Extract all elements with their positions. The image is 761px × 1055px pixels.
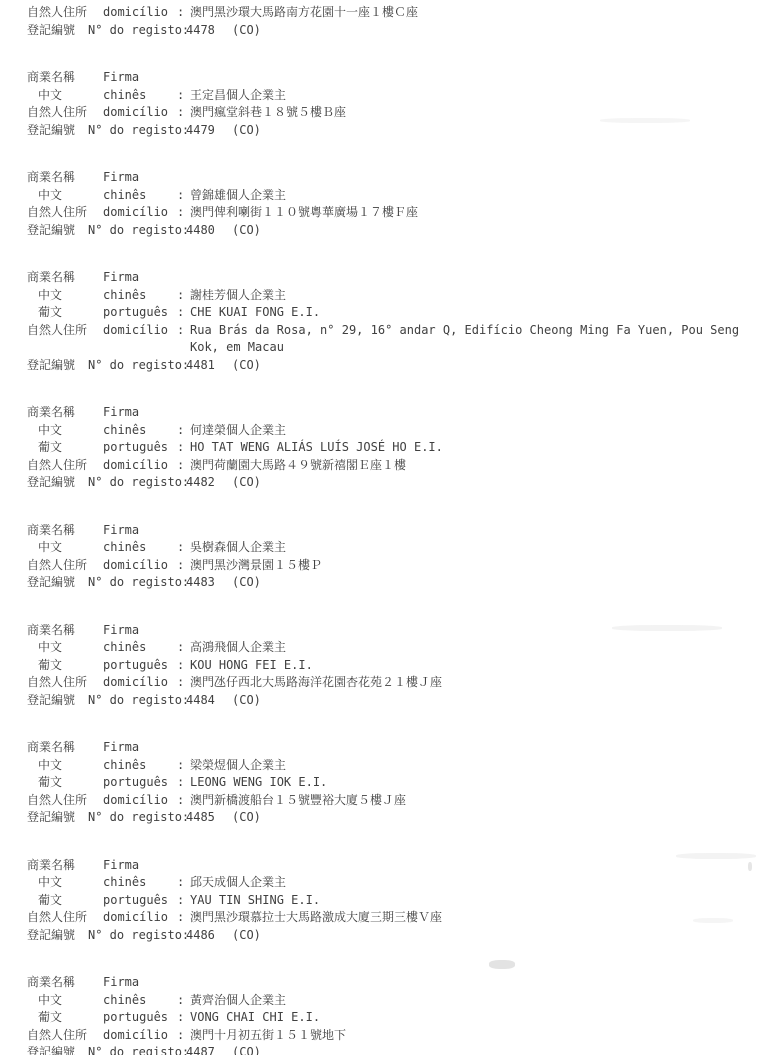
registration-record: 自然人住所domicílio:澳門黑沙環大馬路南方花園十一座１樓Ｃ座 登記編號N… [27,4,761,39]
registration-record: 商業名稱Firma 中文chinês:曾錦雄個人企業主 自然人住所domicíl… [27,169,761,239]
separator-colon: : [177,87,190,105]
domicile-label-pt: domicílio [103,674,177,692]
domicile-value: 澳門新橋渡船台１５號豐裕大廈５樓Ｊ座 [190,792,406,810]
portuguese-label-zh: 葡文 [27,774,103,792]
registry-suffix: (CO) [232,357,261,375]
registry-label-zh: 登記編號 [27,574,88,592]
domicile-label-pt: domicílio [103,104,177,122]
separator-colon: : [177,992,190,1010]
portuguese-label-pt: português [103,774,177,792]
separator-colon: : [177,439,190,457]
chinese-name-value: 曾錦雄個人企業主 [190,187,286,205]
domicile-value: 澳門瘋堂斜巷１８號５樓Ｂ座 [190,104,346,122]
separator-colon: : [177,539,190,557]
domicile-row: 自然人住所domicílio:澳門俾利喇街１１０號粵華廣場１７樓Ｆ座 [27,204,761,222]
firm-header-row: 商業名稱Firma [27,69,761,87]
domicile-row: 自然人住所domicílio:澳門瘋堂斜巷１８號５樓Ｂ座 [27,104,761,122]
registry-label-zh: 登記編號 [27,222,88,240]
domicile-label-zh: 自然人住所 [27,104,103,122]
firm-label-zh: 商業名稱 [27,857,103,875]
chinese-name-row: 中文chinês:黃齊治個人企業主 [27,992,761,1010]
registry-label-pt: N° do registo: [88,474,186,492]
firm-label-pt: Firma [103,857,177,875]
portuguese-name-row: 葡文português:HO TAT WENG ALIÁS LUÍS JOSÉ … [27,439,761,457]
domicile-label-zh: 自然人住所 [27,674,103,692]
separator-colon: : [177,204,190,222]
portuguese-name-value: VONG CHAI CHI E.I. [190,1009,320,1027]
chinese-name-value: 王定昌個人企業主 [190,87,286,105]
registry-label-pt: N° do registo: [88,927,186,945]
firm-label-pt: Firma [103,974,177,992]
registry-number: 4479 [186,122,232,140]
registry-number: 4485 [186,809,232,827]
gazette-registration-page: 自然人住所domicílio:澳門黑沙環大馬路南方花園十一座１樓Ｃ座 登記編號N… [0,0,761,1055]
registry-suffix: (CO) [232,692,261,710]
separator-colon: : [177,909,190,927]
separator-colon: : [177,674,190,692]
firm-header-row: 商業名稱Firma [27,522,761,540]
registry-number: 4487 [186,1044,232,1055]
portuguese-label-zh: 葡文 [27,439,103,457]
firm-label-pt: Firma [103,404,177,422]
registry-suffix: (CO) [232,927,261,945]
registry-number: 4483 [186,574,232,592]
chinese-name-row: 中文chinês:何達榮個人企業主 [27,422,761,440]
domicile-label-pt: domicílio [103,557,177,575]
portuguese-label-pt: português [103,304,177,322]
chinese-label-pt: chinês [103,639,177,657]
domicile-label-pt: domicílio [103,457,177,475]
domicile-row: 自然人住所domicílio:澳門黑沙環慕拉士大馬路激成大廈三期三樓Ｖ座 [27,909,761,927]
domicile-row: 自然人住所domicílio:澳門新橋渡船台１５號豐裕大廈５樓Ｊ座 [27,792,761,810]
portuguese-name-row: 葡文português:LEONG WENG IOK E.I. [27,774,761,792]
domicile-row: 自然人住所domicílio:澳門黑沙灣景園１５樓Ｐ [27,557,761,575]
chinese-label-zh: 中文 [27,539,103,557]
registry-row: 登記編號N° do registo:4481(CO) [27,357,761,375]
registry-label-pt: N° do registo: [88,1044,186,1055]
domicile-value: 澳門氹仔西北大馬路海洋花園杏花苑２１樓Ｊ座 [190,674,442,692]
separator-colon: : [177,457,190,475]
separator-colon: : [177,874,190,892]
domicile-label-pt: domicílio [103,792,177,810]
registration-record: 商業名稱Firma 中文chinês:何達榮個人企業主 葡文português:… [27,404,761,492]
portuguese-name-value: LEONG WENG IOK E.I. [190,774,327,792]
firm-label-zh: 商業名稱 [27,69,103,87]
firm-header-row: 商業名稱Firma [27,857,761,875]
registry-label-zh: 登記編號 [27,809,88,827]
chinese-name-value: 高鴻飛個人企業主 [190,639,286,657]
registry-suffix: (CO) [232,574,261,592]
chinese-label-zh: 中文 [27,422,103,440]
registry-row: 登記編號N° do registo:4487(CO) [27,1044,761,1055]
chinese-label-pt: chinês [103,422,177,440]
registry-number: 4486 [186,927,232,945]
chinese-name-value: 吳樹森個人企業主 [190,539,286,557]
domicile-label-zh: 自然人住所 [27,204,103,222]
registry-label-pt: N° do registo: [88,809,186,827]
firm-label-zh: 商業名稱 [27,404,103,422]
portuguese-name-value: CHE KUAI FONG E.I. [190,304,320,322]
chinese-label-zh: 中文 [27,87,103,105]
registration-record: 商業名稱Firma 中文chinês:邱天成個人企業主 葡文português:… [27,857,761,945]
domicile-row: 自然人住所domicílio:Rua Brás da Rosa, n° 29, … [27,322,761,340]
registry-row: 登記編號N° do registo:4484(CO) [27,692,761,710]
chinese-label-zh: 中文 [27,874,103,892]
separator-colon: : [177,557,190,575]
separator-colon: : [177,757,190,775]
registry-row: 登記編號N° do registo:4479(CO) [27,122,761,140]
domicile-value: 澳門十月初五街１５１號地下 [190,1027,346,1045]
chinese-name-value: 梁榮煜個人企業主 [190,757,286,775]
portuguese-name-row: 葡文português:CHE KUAI FONG E.I. [27,304,761,322]
registration-record: 商業名稱Firma 中文chinês:謝桂芳個人企業主 葡文português:… [27,269,761,374]
domicile-label-pt: domicílio [103,322,177,340]
registry-row: 登記編號N° do registo:4486(CO) [27,927,761,945]
chinese-label-pt: chinês [103,874,177,892]
separator-colon: : [177,287,190,305]
firm-label-zh: 商業名稱 [27,522,103,540]
registry-row: 登記編號N° do registo:4482(CO) [27,474,761,492]
portuguese-name-row: 葡文português:VONG CHAI CHI E.I. [27,1009,761,1027]
firm-label-zh: 商業名稱 [27,622,103,640]
separator-colon: : [177,639,190,657]
domicile-label-zh: 自然人住所 [27,322,103,340]
registry-label-zh: 登記編號 [27,474,88,492]
registry-label-pt: N° do registo: [88,357,186,375]
portuguese-label-pt: português [103,657,177,675]
registry-label-pt: N° do registo: [88,574,186,592]
chinese-name-value: 謝桂芳個人企業主 [190,287,286,305]
domicile-label-zh: 自然人住所 [27,909,103,927]
domicile-row: 自然人住所domicílio:澳門黑沙環大馬路南方花園十一座１樓Ｃ座 [27,4,761,22]
firm-label-pt: Firma [103,69,177,87]
firm-header-row: 商業名稱Firma [27,169,761,187]
domicile-value-line2: Kok, em Macau [190,339,284,357]
separator-colon: : [177,892,190,910]
portuguese-name-value: KOU HONG FEI E.I. [190,657,313,675]
portuguese-name-row: 葡文português:KOU HONG FEI E.I. [27,657,761,675]
domicile-wrap-row: Kok, em Macau [27,339,761,357]
firm-header-row: 商業名稱Firma [27,622,761,640]
scan-artifact [489,960,515,969]
registry-number: 4480 [186,222,232,240]
domicile-label-pt: domicílio [103,1027,177,1045]
firm-label-pt: Firma [103,739,177,757]
firm-label-zh: 商業名稱 [27,974,103,992]
portuguese-label-zh: 葡文 [27,657,103,675]
chinese-label-zh: 中文 [27,757,103,775]
chinese-name-value: 何達榮個人企業主 [190,422,286,440]
registry-label-zh: 登記編號 [27,1044,88,1055]
domicile-label-pt: domicílio [103,909,177,927]
domicile-value: 澳門黑沙環慕拉士大馬路激成大廈三期三樓Ｖ座 [190,909,442,927]
chinese-name-row: 中文chinês:高鴻飛個人企業主 [27,639,761,657]
domicile-value: 澳門荷蘭園大馬路４９號新禧閣Ｅ座１樓 [190,457,406,475]
firm-label-pt: Firma [103,622,177,640]
registry-number: 4484 [186,692,232,710]
separator-colon: : [177,1009,190,1027]
registration-record: 商業名稱Firma 中文chinês:吳樹森個人企業主 自然人住所domicíl… [27,522,761,592]
firm-label-zh: 商業名稱 [27,269,103,287]
chinese-label-zh: 中文 [27,992,103,1010]
separator-colon: : [177,774,190,792]
chinese-name-value: 邱天成個人企業主 [190,874,286,892]
registry-row: 登記編號N° do registo:4483(CO) [27,574,761,592]
firm-label-pt: Firma [103,169,177,187]
firm-header-row: 商業名稱Firma [27,739,761,757]
domicile-label-zh: 自然人住所 [27,557,103,575]
registry-label-zh: 登記編號 [27,692,88,710]
separator-colon: : [177,4,190,22]
firm-label-pt: Firma [103,522,177,540]
firm-header-row: 商業名稱Firma [27,269,761,287]
registry-suffix: (CO) [232,1044,261,1055]
portuguese-label-pt: português [103,439,177,457]
domicile-value: 澳門黑沙環大馬路南方花園十一座１樓Ｃ座 [190,4,418,22]
domicile-value: 澳門俾利喇街１１０號粵華廣場１７樓Ｆ座 [190,204,418,222]
portuguese-label-zh: 葡文 [27,304,103,322]
separator-colon: : [177,322,190,340]
firm-header-row: 商業名稱Firma [27,974,761,992]
domicile-row: 自然人住所domicílio:澳門氹仔西北大馬路海洋花園杏花苑２１樓Ｊ座 [27,674,761,692]
registration-record: 商業名稱Firma 中文chinês:黃齊治個人企業主 葡文português:… [27,974,761,1055]
chinese-label-pt: chinês [103,757,177,775]
chinese-name-row: 中文chinês:曾錦雄個人企業主 [27,187,761,205]
firm-label-zh: 商業名稱 [27,739,103,757]
firm-header-row: 商業名稱Firma [27,404,761,422]
registry-label-pt: N° do registo: [88,22,186,40]
domicile-label-zh: 自然人住所 [27,792,103,810]
portuguese-label-pt: português [103,892,177,910]
chinese-label-pt: chinês [103,539,177,557]
registry-label-zh: 登記編號 [27,927,88,945]
firm-label-pt: Firma [103,269,177,287]
registration-record: 商業名稱Firma 中文chinês:王定昌個人企業主 自然人住所domicíl… [27,69,761,139]
chinese-name-row: 中文chinês:邱天成個人企業主 [27,874,761,892]
portuguese-label-zh: 葡文 [27,892,103,910]
registry-label-pt: N° do registo: [88,122,186,140]
domicile-row: 自然人住所domicílio:澳門十月初五街１５１號地下 [27,1027,761,1045]
chinese-label-pt: chinês [103,287,177,305]
domicile-label-zh: 自然人住所 [27,4,103,22]
separator-colon: : [177,304,190,322]
chinese-label-zh: 中文 [27,639,103,657]
chinese-label-pt: chinês [103,87,177,105]
portuguese-label-zh: 葡文 [27,1009,103,1027]
registry-row: 登記編號N° do registo:4480(CO) [27,222,761,240]
chinese-name-row: 中文chinês:王定昌個人企業主 [27,87,761,105]
registry-number: 4478 [186,22,232,40]
chinese-name-value: 黃齊治個人企業主 [190,992,286,1010]
separator-colon: : [177,187,190,205]
registry-suffix: (CO) [232,809,261,827]
separator-colon: : [177,104,190,122]
domicile-row: 自然人住所domicílio:澳門荷蘭園大馬路４９號新禧閣Ｅ座１樓 [27,457,761,475]
domicile-label-pt: domicílio [103,4,177,22]
registry-number: 4481 [186,357,232,375]
registry-row: 登記編號N° do registo:4485(CO) [27,809,761,827]
separator-colon: : [177,1027,190,1045]
registration-record: 商業名稱Firma 中文chinês:高鴻飛個人企業主 葡文português:… [27,622,761,710]
registry-suffix: (CO) [232,122,261,140]
portuguese-name-value: YAU TIN SHING E.I. [190,892,320,910]
chinese-name-row: 中文chinês:謝桂芳個人企業主 [27,287,761,305]
registry-number: 4482 [186,474,232,492]
separator-colon: : [177,792,190,810]
chinese-label-pt: chinês [103,992,177,1010]
registry-label-zh: 登記編號 [27,22,88,40]
chinese-label-zh: 中文 [27,187,103,205]
firm-label-zh: 商業名稱 [27,169,103,187]
domicile-value: Rua Brás da Rosa, n° 29, 16° andar Q, Ed… [190,322,739,340]
portuguese-label-pt: português [103,1009,177,1027]
registration-record: 商業名稱Firma 中文chinês:梁榮煜個人企業主 葡文português:… [27,739,761,827]
portuguese-name-row: 葡文português:YAU TIN SHING E.I. [27,892,761,910]
registry-label-zh: 登記編號 [27,122,88,140]
registry-label-pt: N° do registo: [88,692,186,710]
separator-colon: : [177,422,190,440]
registry-suffix: (CO) [232,222,261,240]
registry-label-pt: N° do registo: [88,222,186,240]
domicile-value: 澳門黑沙灣景園１５樓Ｐ [190,557,322,575]
chinese-label-pt: chinês [103,187,177,205]
registry-row: 登記編號N° do registo:4478(CO) [27,22,761,40]
separator-colon: : [177,657,190,675]
domicile-label-zh: 自然人住所 [27,457,103,475]
registry-label-zh: 登記編號 [27,357,88,375]
portuguese-name-value: HO TAT WENG ALIÁS LUÍS JOSÉ HO E.I. [190,439,443,457]
registry-suffix: (CO) [232,22,261,40]
chinese-name-row: 中文chinês:吳樹森個人企業主 [27,539,761,557]
domicile-label-pt: domicílio [103,204,177,222]
chinese-label-zh: 中文 [27,287,103,305]
domicile-label-zh: 自然人住所 [27,1027,103,1045]
registry-suffix: (CO) [232,474,261,492]
chinese-name-row: 中文chinês:梁榮煜個人企業主 [27,757,761,775]
